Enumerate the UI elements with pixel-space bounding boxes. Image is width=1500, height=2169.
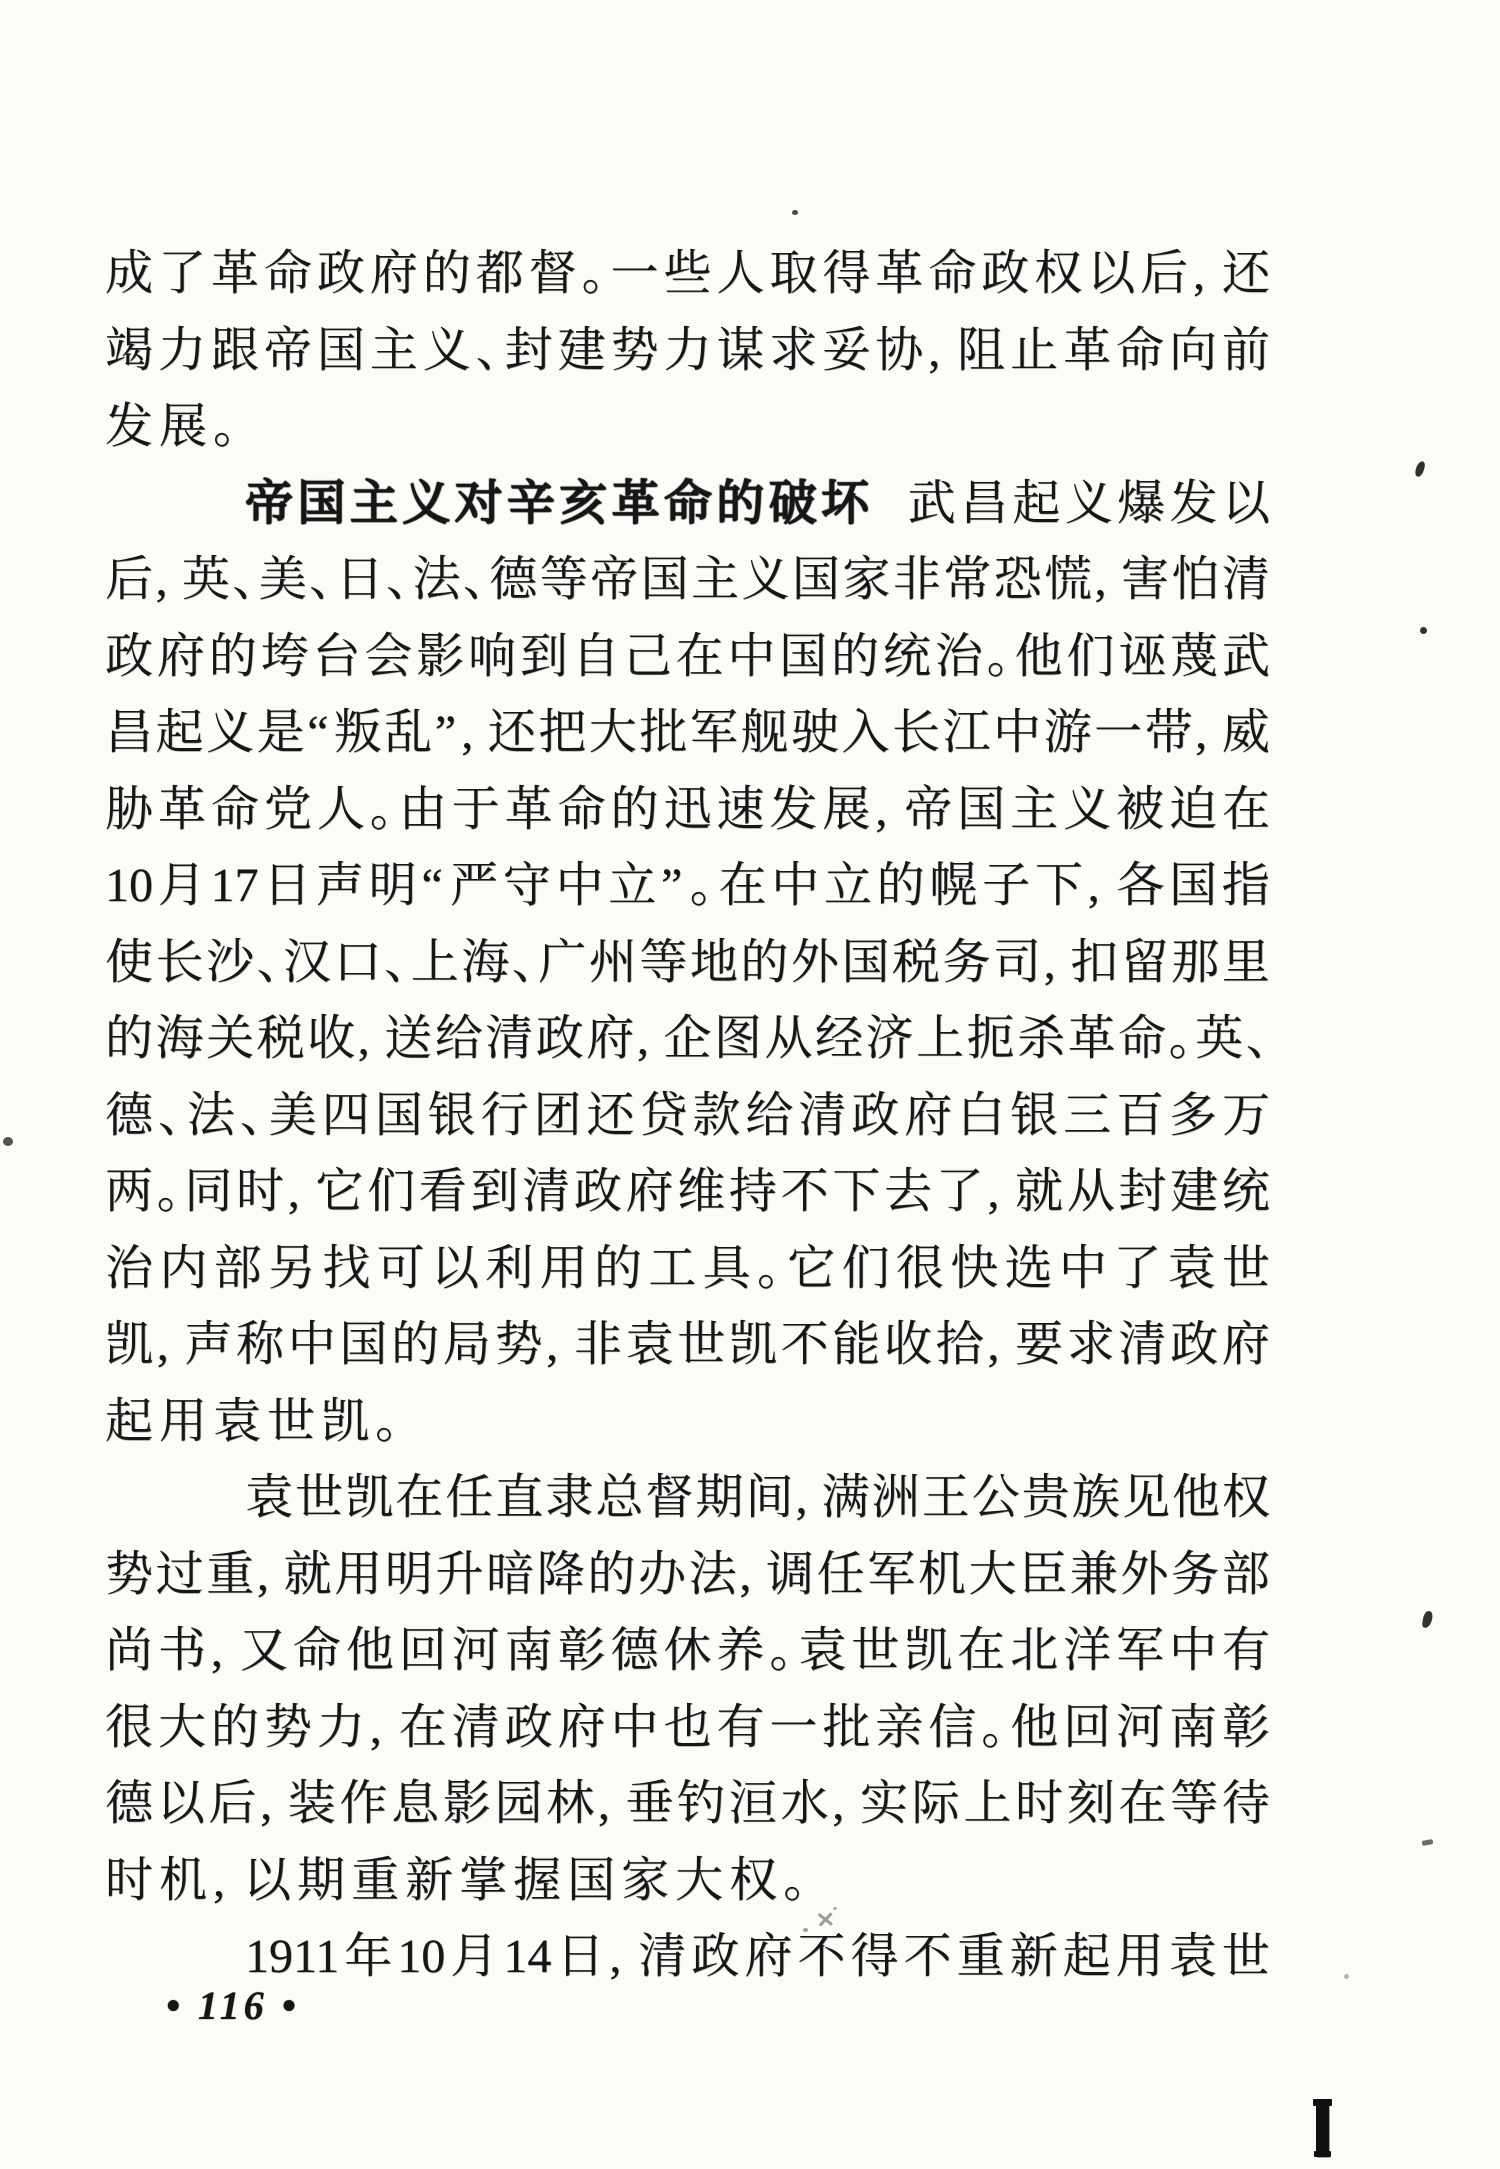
text-line: 时机,以期重新掌握国家大权。 xyxy=(105,1850,1270,1910)
text-line: 袁世凯在任直隶总督期间,满洲王公贵族见他权 xyxy=(105,1467,1270,1527)
ink-speck xyxy=(1344,1974,1349,1979)
text-line: 两。同时,它们看到清政府维持不下去了,就从封建统 xyxy=(105,1161,1270,1221)
ink-bar-mark xyxy=(1316,2099,1329,2157)
pencil-smudge xyxy=(803,1903,847,1939)
text-line: 势过重,就用明升暗降的办法,调任军机大臣兼外务部 xyxy=(105,1544,1270,1604)
text-line: 成了革命政府的都督。一些人取得革命政权以后,还 xyxy=(105,243,1270,303)
text-line: 发展。 xyxy=(105,396,1270,456)
text-line: 使长沙、汉口、上海、广州等地的外国税务司,扣留那里 xyxy=(105,932,1270,992)
text-block: 成了革命政府的都督。一些人取得革命政权以后,还竭力跟帝国主义、封建势力谋求妥协,… xyxy=(0,0,1500,2169)
text-line: 的海关税收,送给清政府,企图从经济上扼杀革命。英、 xyxy=(105,1008,1270,1068)
ink-speck xyxy=(792,210,798,215)
text-line: 帝国主义对辛亥革命的破坏武昌起义爆发以 xyxy=(105,473,1270,533)
text-line: 昌起义是“叛乱”,还把大批军舰驶入长江中游一带,威 xyxy=(105,702,1270,762)
text-line: 竭力跟帝国主义、封建势力谋求妥协,阻止革命向前 xyxy=(105,320,1270,380)
text-line: 尚书,又命他回河南彰德休养。袁世凯在北洋军中有 xyxy=(105,1620,1270,1680)
ink-speck xyxy=(1420,627,1427,634)
text-line: 德、法、美四国银行团还贷款给清政府白银三百多万 xyxy=(105,1085,1270,1145)
text-line: 后,英、美、日、法、德等帝国主义国家非常恐慌,害怕清 xyxy=(105,549,1270,609)
text-line: 凯,声称中国的局势,非袁世凯不能收拾,要求清政府 xyxy=(105,1314,1270,1374)
text-line: 胁革命党人。由于革命的迅速发展,帝国主义被迫在 xyxy=(105,779,1270,839)
text-line: 起用袁世凯。 xyxy=(105,1391,1270,1451)
scanned-book-page: 成了革命政府的都督。一些人取得革命政权以后,还竭力跟帝国主义、封建势力谋求妥协,… xyxy=(0,0,1500,2169)
text-line: 很大的势力,在清政府中也有一批亲信。他回河南彰 xyxy=(105,1697,1270,1757)
text-line: 治内部另找可以利用的工具。它们很快选中了袁世 xyxy=(105,1238,1270,1298)
text-line: 政府的垮台会影响到自己在中国的统治。他们诬蔑武 xyxy=(105,626,1270,686)
ink-speck xyxy=(3,1137,13,1146)
page-number: • 116 • xyxy=(166,1982,300,2029)
text-line: 10月17日声明“严守中立”。在中立的幌子下,各国指 xyxy=(105,855,1270,915)
text-line: 德以后,装作息影园林,垂钓洹水,实际上时刻在等待 xyxy=(105,1773,1270,1833)
text-line: 1911年10月14日,清政府不得不重新起用袁世 xyxy=(105,1926,1270,1986)
